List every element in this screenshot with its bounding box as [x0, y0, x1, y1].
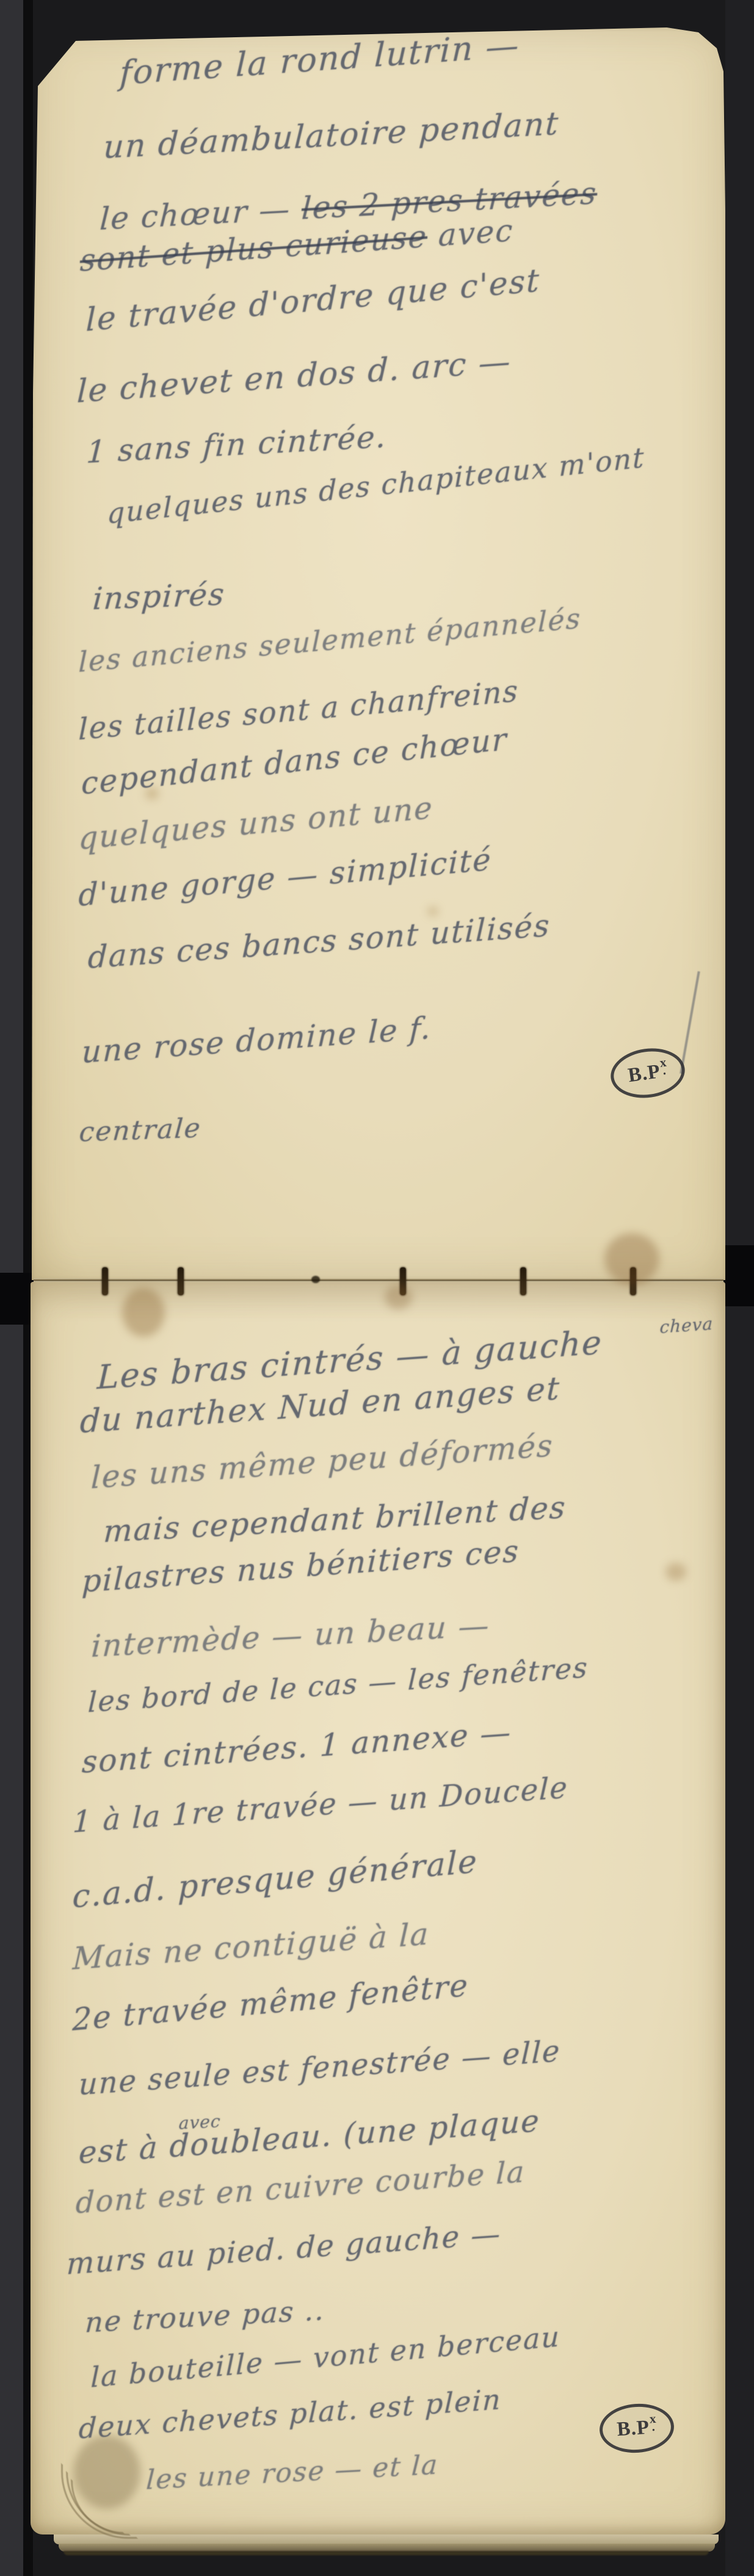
handwriting-line: inspirés — [92, 576, 227, 617]
foxing-spot — [665, 1563, 686, 1581]
scan-canvas: forme la rond lutrin — un déambulatoire … — [0, 0, 754, 2576]
backdrop-notch-left — [0, 1273, 33, 1325]
page-stack-shadow — [63, 2551, 709, 2555]
stain — [385, 1285, 412, 1309]
ink-dot — [311, 1276, 320, 1283]
stain — [122, 1288, 165, 1337]
stamp-text: B.P — [616, 2416, 650, 2441]
foxing-spot — [427, 906, 438, 916]
stitch-mark — [520, 1267, 526, 1295]
handwriting-insert: cheva — [659, 1314, 714, 1337]
stamp-text: B.P — [626, 1060, 662, 1087]
backdrop-notch-right — [723, 1245, 754, 1306]
stamp-superscript: x. — [659, 1058, 668, 1075]
stitch-mark — [102, 1267, 108, 1295]
stain — [604, 1233, 659, 1285]
stamp-superscript: x. — [650, 2415, 657, 2431]
handwriting-line: centrale — [78, 1113, 203, 1148]
stitch-mark — [178, 1267, 184, 1295]
page-stack-edge — [54, 2534, 719, 2544]
